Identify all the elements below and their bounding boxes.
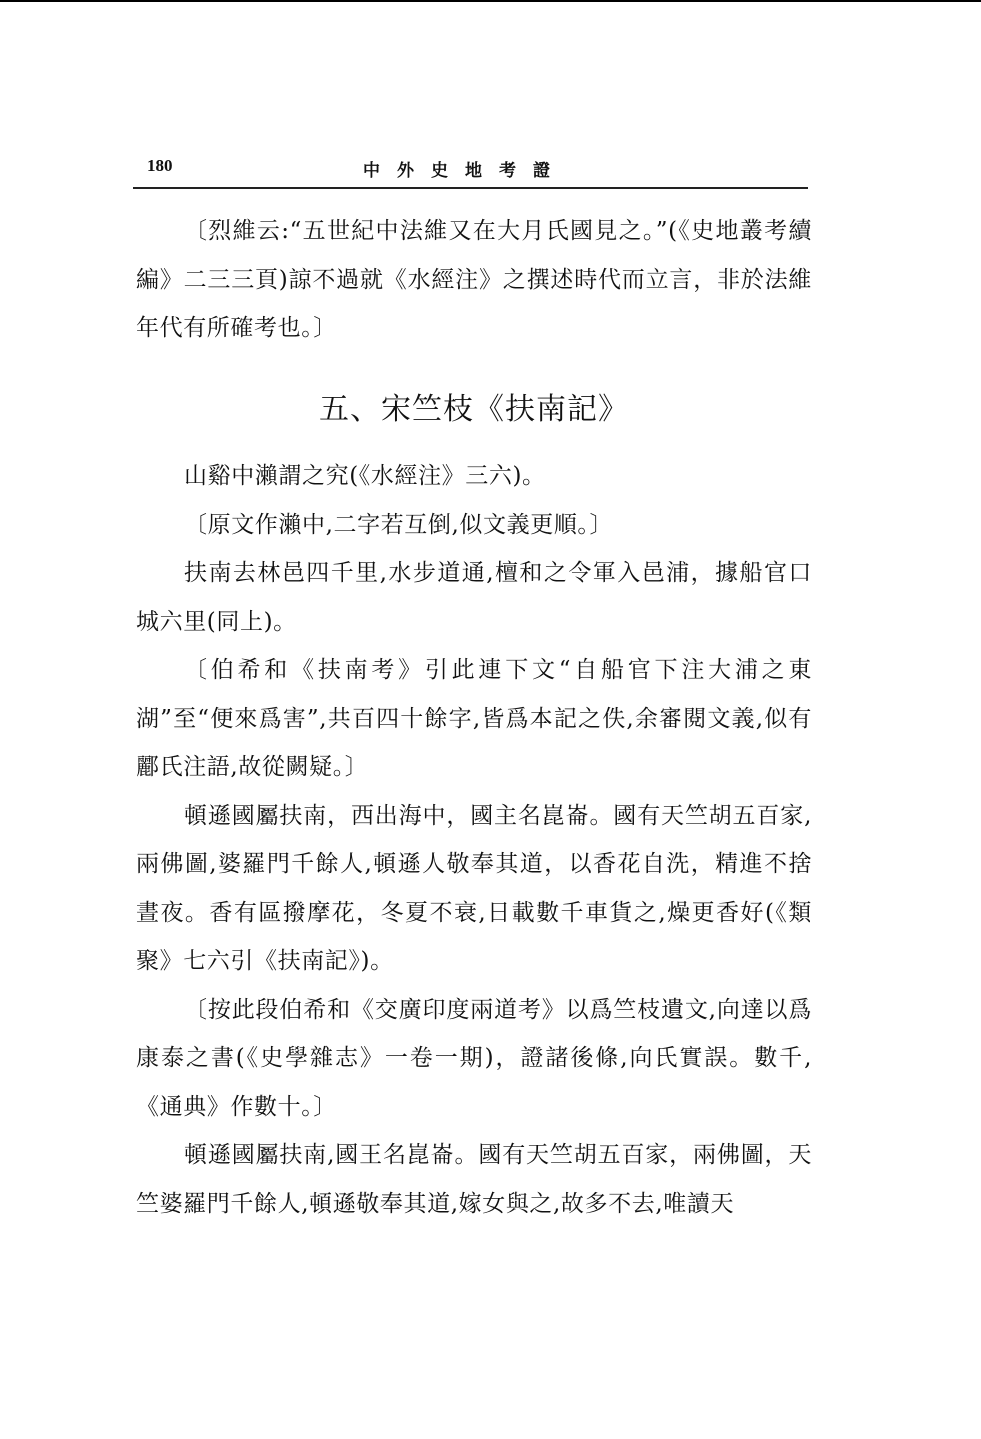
page-number: 180 — [147, 156, 173, 176]
paragraph-quote-3: 頓遜國屬扶南，西出海中，國主名崑崙。國有天竺胡五百家,兩佛圖,婆羅門千餘人,頓遜… — [136, 792, 812, 986]
paragraph-note-2: 〔原文作瀨中,二字若互倒,似文義更順。〕 — [136, 501, 812, 550]
paragraph-note-1: 〔烈維云:“五世紀中法維又在大月氏國見之。”(《史地叢考續編》二三三頁)諒不過就… — [136, 207, 812, 353]
running-title: 中外史地考證 — [363, 156, 567, 181]
paragraph-quote-4: 頓遜國屬扶南,國王名崑崙。國有天竺胡五百家，兩佛圖，天竺婆羅門千餘人,頓遜敬奉其… — [136, 1131, 812, 1228]
paragraph-quote-1: 山谿中瀨謂之究(《水經注》三六)。 — [136, 452, 812, 501]
paragraph-note-3: 〔伯希和《扶南考》引此連下文“自船官下注大浦之東湖”至“便來爲害”,共百四十餘字… — [136, 646, 812, 792]
scan-top-edge — [0, 0, 981, 2]
section-body: 山谿中瀨謂之究(《水經注》三六)。 〔原文作瀨中,二字若互倒,似文義更順。〕 扶… — [136, 452, 812, 1228]
paragraph-quote-2: 扶南去林邑四千里,水步道通,檀和之令軍入邑浦，據船官口城六里(同上)。 — [136, 549, 812, 646]
header-rule — [133, 187, 808, 189]
paragraph-note-4: 〔按此段伯希和《交廣印度兩道考》以爲竺枝遺文,向達以爲康泰之書(《史學雜志》一卷… — [136, 986, 812, 1132]
section-title: 五、宋竺枝《扶南記》 — [136, 384, 812, 428]
paragraph: 〔烈維云:“五世紀中法維又在大月氏國見之。”(《史地叢考續編》二三三頁)諒不過就… — [136, 207, 812, 353]
running-head: 180 中外史地考證 — [133, 152, 808, 188]
